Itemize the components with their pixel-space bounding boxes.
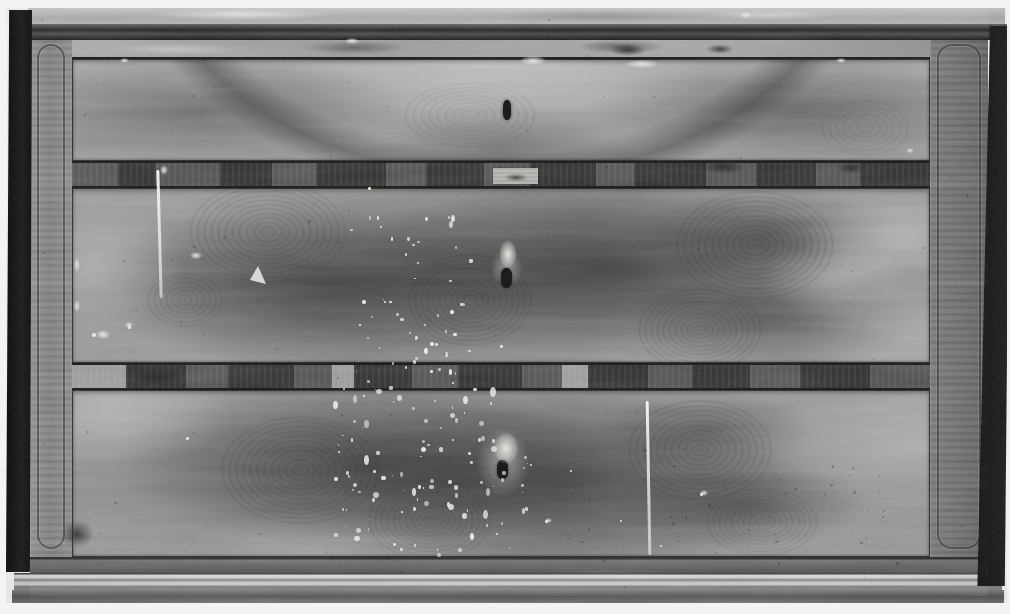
dark-speck: [590, 330, 591, 331]
paint-splatter: [352, 489, 354, 491]
dark-speck: [259, 533, 261, 535]
wood-knot: [190, 182, 346, 282]
paint-splatter: [367, 380, 370, 383]
dark-speck: [851, 532, 852, 533]
paint-splatter: [405, 253, 407, 255]
dark-speck: [386, 106, 388, 108]
paint-splatter: [420, 456, 421, 457]
paint-splatter: [383, 299, 384, 300]
dark-speck: [681, 517, 683, 519]
paint-splatter: [334, 533, 338, 537]
paint-splatter: [389, 301, 391, 303]
paint-splatter: [381, 476, 386, 481]
dark-speck: [258, 25, 260, 27]
paint-splatter: [455, 246, 457, 249]
dark-speck: [881, 438, 882, 439]
paint-splatter: [530, 464, 532, 466]
dark-speck: [960, 525, 962, 527]
dark-speck: [314, 202, 316, 204]
paint-splatter: [400, 472, 403, 477]
paint-splatter: [478, 438, 481, 441]
paint-splatter: [424, 348, 427, 354]
dark-speck: [879, 490, 881, 492]
paint-splatter: [490, 387, 496, 397]
paint-splatter: [470, 533, 474, 539]
dark-speck: [605, 166, 607, 168]
dark-speck: [223, 236, 225, 238]
paint-splatter: [392, 475, 393, 476]
dark-speck: [207, 526, 209, 528]
paint-splatter: [345, 526, 346, 527]
paint-splatter: [422, 440, 425, 443]
dark-speck: [196, 68, 198, 70]
paint-splatter: [389, 386, 392, 389]
dark-speck: [342, 136, 344, 138]
dark-speck: [434, 100, 435, 101]
dark-speck: [829, 238, 831, 240]
dark-speck: [567, 537, 570, 540]
dark-speck: [867, 509, 869, 511]
dark-speck: [675, 473, 677, 475]
dark-speck: [765, 249, 767, 251]
paint-splatter: [128, 326, 131, 329]
paint-splatter: [437, 549, 439, 551]
paint-splatter: [401, 511, 403, 513]
paint-splatter: [425, 217, 429, 221]
dark-speck: [212, 322, 214, 324]
paint-splatter: [338, 444, 339, 445]
paint-splatter: [524, 456, 527, 459]
dark-speck: [545, 516, 546, 517]
dark-speck: [629, 529, 631, 531]
paint-splatter: [470, 461, 473, 464]
dark-speck: [276, 348, 278, 350]
paint-splatter: [450, 310, 454, 314]
dark-speck: [133, 351, 135, 353]
dark-speck: [587, 55, 589, 57]
dark-speck: [769, 516, 771, 518]
paint-loss-chip: [740, 12, 752, 18]
dark-speck: [171, 259, 173, 261]
paint-splatter: [449, 369, 452, 375]
photograph: [0, 0, 1010, 614]
dark-speck: [865, 537, 867, 539]
dark-speck: [773, 473, 774, 474]
dark-speck: [697, 261, 699, 263]
paint-splatter: [430, 342, 434, 346]
dark-speck: [763, 478, 764, 479]
dark-speck: [935, 458, 937, 460]
dark-speck: [346, 516, 348, 518]
dark-speck: [43, 443, 44, 444]
dark-speck: [114, 502, 116, 504]
paint-splatter: [377, 216, 379, 219]
paint-loss-chip: [906, 148, 914, 153]
dark-speck: [558, 175, 560, 177]
dark-speck: [644, 289, 646, 291]
wood-knot: [673, 189, 837, 301]
paint-splatter: [545, 520, 548, 523]
paint-splatter: [409, 332, 411, 334]
dark-speck: [851, 270, 853, 272]
paint-splatter: [417, 241, 420, 244]
photo-margin-top: [0, 0, 1010, 8]
dark-speck: [840, 564, 843, 567]
dark-speck: [975, 564, 977, 566]
paint-splatter: [412, 244, 414, 246]
dark-speck: [548, 19, 550, 21]
paint-splatter: [413, 507, 415, 511]
paint-splatter: [570, 470, 572, 472]
dark-speck: [123, 260, 125, 262]
dark-speck: [779, 479, 781, 481]
dark-speck: [866, 479, 868, 481]
dark-speck: [577, 464, 579, 466]
dark-speck: [41, 19, 43, 21]
paint-splatter: [427, 444, 430, 447]
dark-speck: [436, 490, 438, 492]
dark-speck: [341, 414, 343, 416]
dark-speck: [428, 319, 430, 321]
paint-splatter: [501, 478, 505, 482]
photo-margin-bottom: [0, 603, 1010, 614]
dark-speck: [339, 565, 341, 567]
dark-speck: [567, 534, 570, 537]
dark-speck: [330, 155, 332, 157]
dark-speck: [746, 277, 748, 279]
paint-splatter: [502, 471, 506, 475]
dark-speck: [737, 215, 739, 217]
dark-speck: [799, 522, 801, 524]
dark-speck: [122, 375, 124, 377]
dark-speck: [97, 132, 98, 133]
dark-speck: [878, 475, 880, 477]
paint-splatter: [405, 366, 407, 368]
dark-speck: [84, 114, 86, 116]
paint-splatter: [356, 528, 361, 533]
dark-speck: [677, 536, 679, 538]
paint-splatter: [186, 437, 189, 440]
paint-splatter: [396, 313, 399, 316]
paint-splatter: [435, 343, 438, 346]
paint-splatter: [384, 301, 386, 303]
paint-splatter: [490, 402, 492, 404]
paint-loss-chip: [499, 240, 517, 268]
dark-speck: [832, 465, 834, 467]
dark-speck: [462, 465, 463, 466]
dark-speck: [390, 414, 392, 416]
paint-splatter: [452, 406, 453, 409]
paint-splatter: [415, 336, 418, 339]
dark-blemish: [706, 44, 734, 54]
dark-speck: [900, 439, 901, 440]
paint-splatter: [496, 533, 498, 535]
dark-speck: [758, 275, 759, 276]
paint-splatter: [368, 187, 371, 190]
dark-speck: [830, 556, 832, 558]
dark-speck: [192, 95, 194, 97]
dark-speck: [864, 527, 866, 529]
wood-knot: [218, 414, 382, 526]
paint-splatter: [424, 419, 428, 423]
paint-splatter: [430, 479, 434, 483]
dark-speck: [308, 220, 310, 222]
paint-splatter: [397, 395, 402, 400]
paint-splatter: [421, 447, 426, 452]
paint-splatter: [379, 347, 380, 348]
paint-splatter: [342, 508, 344, 510]
wood-knot: [400, 81, 540, 149]
dark-speck: [643, 264, 644, 265]
paint-splatter: [509, 547, 510, 549]
paint-splatter: [353, 395, 358, 403]
dark-speck: [799, 400, 800, 401]
paint-splatter: [451, 215, 455, 222]
dark-speck: [428, 104, 429, 105]
dark-speck: [872, 178, 873, 179]
dark-speck: [332, 557, 334, 559]
dark-speck: [702, 197, 703, 198]
dark-speck: [185, 102, 187, 104]
dark-speck: [894, 436, 895, 437]
keyhole: [501, 268, 512, 288]
dark-speck: [863, 325, 865, 327]
dark-speck: [912, 311, 914, 313]
paint-splatter: [486, 488, 490, 495]
photo-margin-left: [0, 0, 6, 614]
dark-speck: [526, 130, 528, 132]
paint-splatter: [468, 350, 471, 353]
dark-speck: [607, 410, 609, 412]
dark-blemish: [610, 44, 646, 56]
dark-speck: [96, 83, 98, 85]
dark-speck: [115, 19, 116, 20]
paint-loss-chip: [120, 58, 129, 63]
dark-speck: [588, 498, 591, 501]
dark-speck: [672, 522, 675, 525]
dark-speck: [852, 467, 854, 469]
dark-speck: [636, 411, 638, 413]
dark-speck: [685, 516, 687, 518]
paint-splatter: [453, 333, 456, 336]
dark-speck: [408, 453, 410, 455]
paint-splatter: [350, 229, 352, 231]
dark-speck: [813, 123, 815, 125]
paint-loss-chip: [836, 58, 846, 63]
dark-speck: [697, 248, 699, 250]
dark-speck: [76, 279, 78, 281]
dark-speck: [302, 514, 303, 515]
paint-splatter: [448, 504, 454, 510]
dark-speck: [431, 247, 433, 249]
dark-speck: [146, 162, 148, 164]
paint-splatter: [391, 237, 393, 241]
paint-splatter: [483, 510, 488, 519]
dark-speck: [292, 392, 293, 393]
paint-splatter: [359, 324, 361, 326]
paint-loss-chip: [74, 258, 80, 272]
dark-speck: [281, 525, 283, 527]
dark-speck: [326, 551, 328, 553]
paint-loss-chip: [345, 38, 359, 44]
dark-speck: [814, 425, 816, 427]
dark-speck: [799, 87, 801, 89]
paint-splatter: [455, 493, 458, 498]
paint-splatter: [418, 485, 422, 489]
paint-splatter: [367, 337, 369, 339]
paint-splatter: [400, 318, 403, 321]
dark-speck: [849, 475, 850, 476]
dark-speck: [799, 481, 802, 484]
dark-speck: [603, 96, 605, 98]
dark-speck: [575, 341, 576, 342]
paint-splatter: [373, 470, 376, 473]
dark-speck: [778, 562, 780, 564]
paint-splatter: [660, 545, 662, 547]
dark-speck: [853, 491, 856, 494]
dark-speck: [896, 562, 898, 564]
dark-speck: [214, 87, 215, 88]
dark-speck: [761, 21, 762, 22]
dark-speck: [787, 308, 788, 309]
dark-speck: [588, 528, 590, 530]
dark-speck: [547, 371, 549, 373]
paint-splatter: [455, 418, 458, 423]
paint-loss-chip: [74, 300, 80, 312]
dark-speck: [864, 578, 865, 579]
dark-speck: [689, 180, 690, 181]
dark-blemish: [60, 520, 94, 548]
dark-speck: [785, 493, 787, 495]
dark-speck: [715, 552, 718, 555]
dark-speck: [456, 196, 458, 198]
paint-splatter: [375, 389, 376, 390]
paint-splatter: [449, 280, 451, 282]
dark-speck: [602, 559, 605, 562]
dark-speck: [337, 377, 339, 379]
dark-speck: [824, 493, 827, 496]
dark-speck: [203, 333, 204, 334]
paint-splatter: [500, 345, 503, 348]
dark-speck: [667, 255, 669, 257]
dark-speck: [751, 515, 753, 517]
paint-splatter: [393, 401, 395, 403]
dark-speck: [285, 91, 287, 93]
dark-speck: [135, 308, 137, 310]
dark-speck: [188, 59, 190, 61]
dark-speck: [617, 515, 618, 516]
dark-speck: [830, 484, 833, 487]
paint-splatter: [369, 216, 371, 220]
dark-speck: [366, 564, 367, 565]
paint-splatter: [438, 368, 441, 371]
dark-speck: [740, 157, 742, 159]
dark-speck: [708, 504, 711, 507]
keyhole: [503, 100, 511, 120]
dark-speck: [859, 380, 861, 382]
paint-splatter: [469, 259, 472, 262]
dark-speck: [621, 509, 623, 511]
dark-speck: [193, 432, 195, 434]
paint-splatter: [412, 407, 415, 410]
paint-splatter: [380, 226, 382, 228]
paint-splatter: [449, 221, 453, 228]
paint-splatter: [481, 436, 486, 441]
dark-speck: [883, 510, 886, 513]
paint-splatter: [450, 413, 455, 418]
dark-speck: [599, 486, 600, 487]
paint-splatter: [492, 439, 495, 442]
dark-speck: [831, 506, 833, 508]
paint-splatter: [353, 420, 356, 423]
paint-splatter: [376, 389, 381, 394]
wood-knot: [634, 286, 766, 374]
dark-speck: [621, 558, 623, 560]
paint-splatter: [462, 513, 467, 518]
dark-speck: [822, 327, 824, 329]
dark-speck: [718, 545, 720, 547]
paint-splatter: [439, 447, 443, 451]
dark-speck: [775, 540, 778, 543]
dark-speck: [794, 488, 796, 490]
dark-speck: [224, 398, 226, 400]
dark-speck: [441, 172, 442, 173]
dark-speck: [835, 81, 837, 83]
dark-speck: [348, 210, 350, 212]
paint-splatter: [501, 522, 504, 525]
paint-loss-chip: [160, 165, 168, 175]
paint-splatter: [376, 451, 379, 454]
paint-splatter: [413, 360, 417, 364]
dark-speck: [43, 252, 45, 254]
dark-speck: [202, 59, 204, 61]
wood-knot: [817, 98, 913, 158]
paint-splatter: [415, 357, 418, 360]
wood-knot: [706, 488, 818, 556]
dark-speck: [949, 176, 951, 178]
dark-speck: [967, 196, 969, 198]
dark-speck: [559, 127, 560, 128]
dark-speck: [307, 172, 309, 174]
dark-speck: [556, 244, 558, 246]
paint-splatter: [452, 439, 454, 441]
dark-speck: [581, 541, 583, 543]
dark-speck: [172, 131, 173, 132]
paint-splatter: [440, 427, 442, 429]
dark-speck: [477, 205, 479, 207]
dark-speck: [238, 372, 240, 374]
dark-speck: [274, 576, 275, 577]
dark-speck: [143, 575, 144, 576]
paint-splatter: [620, 520, 622, 522]
dark-speck: [885, 520, 887, 522]
dark-speck: [444, 353, 446, 355]
dark-speck: [936, 166, 938, 168]
dark-speck: [604, 469, 606, 471]
dark-blemish: [700, 160, 746, 174]
paint-splatter: [362, 427, 364, 429]
surface-marks-layer: [0, 0, 1010, 614]
dark-speck: [731, 385, 733, 387]
dark-speck: [393, 341, 395, 343]
paint-splatter: [463, 396, 468, 404]
paint-splatter: [354, 536, 360, 542]
paint-splatter: [462, 303, 465, 306]
paint-splatter: [392, 362, 394, 364]
dark-speck: [882, 516, 884, 518]
dark-speck: [590, 59, 591, 60]
wood-knot: [143, 270, 227, 330]
